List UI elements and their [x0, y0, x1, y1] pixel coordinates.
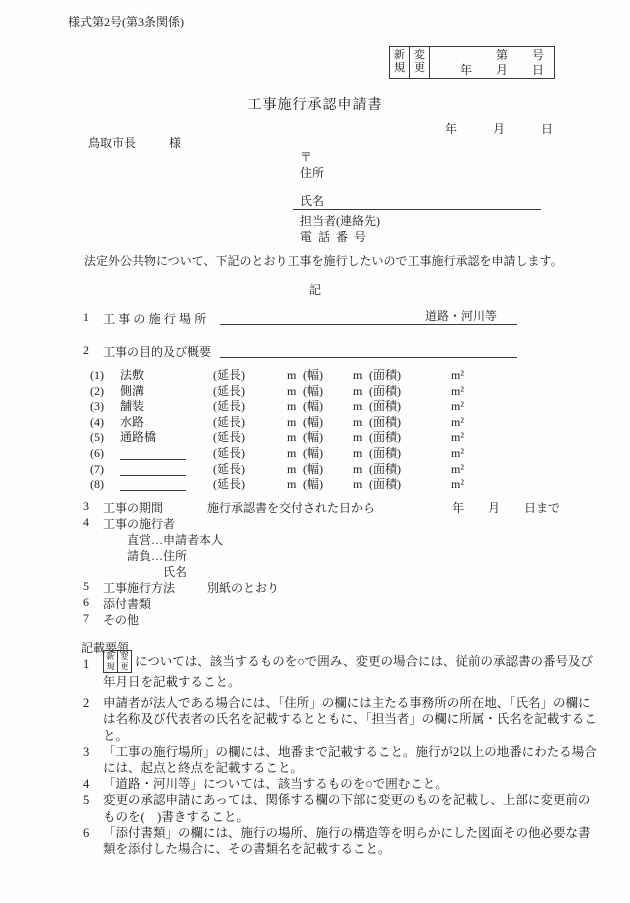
work-row: (6) (延長) m (幅) m (面積) m² [0, 446, 630, 462]
area-unit: m² [451, 446, 464, 462]
work-name: 水路 [120, 415, 144, 431]
status-change-label: 変更 [414, 49, 425, 74]
work-name-field[interactable] [120, 478, 186, 491]
length-label: (延長) [213, 415, 245, 431]
width-label: (幅) [303, 368, 323, 384]
work-row-number: (4) [90, 415, 104, 431]
area-unit: m² [451, 399, 464, 415]
section4-contract-name-label: 氏名 [163, 563, 187, 580]
length-label: (延長) [213, 384, 245, 400]
width-unit: m [353, 384, 362, 400]
note-text: については、該当するものを○で囲み、変更の場合には、従前の承認書の番号及び年月日… [103, 654, 593, 689]
length-unit: m [287, 446, 296, 462]
note-item: 4 「道路・河川等」については、該当するものを○で囲むこと。 [83, 776, 600, 792]
status-date-line: 年 月 日 [430, 63, 544, 77]
addressee-name: 鳥取市長 [88, 136, 136, 150]
section7-number: 7 [83, 611, 89, 626]
width-label: (幅) [303, 462, 323, 478]
area-unit: m² [451, 430, 464, 446]
width-unit: m [353, 477, 362, 493]
section6-number: 6 [83, 595, 89, 610]
section4-direct-line: 直営…申請者本人 [127, 531, 223, 548]
status-option-new[interactable]: 新規 [390, 47, 410, 78]
work-name-field[interactable] [120, 447, 186, 460]
length-unit: m [287, 477, 296, 493]
length-label: (延長) [213, 399, 245, 415]
work-row: (8) (延長) m (幅) m (面積) m² [0, 477, 630, 493]
address-label: 住所 [300, 164, 324, 181]
length-unit: m [287, 399, 296, 415]
section3-value: 施行承認書を交付された日から [207, 499, 375, 516]
section3-label: 工事の期間 [103, 499, 163, 516]
note-text: 「道路・河川等」については、該当するものを○で囲むこと。 [103, 776, 600, 792]
section4-number: 4 [83, 515, 89, 530]
section5-value: 別紙のとおり [207, 579, 279, 596]
work-name-field[interactable] [120, 463, 186, 476]
work-row: (3) 舗装 (延長) m (幅) m (面積) m² [0, 399, 630, 415]
length-unit: m [287, 462, 296, 478]
area-unit: m² [451, 368, 464, 384]
length-label: (延長) [213, 477, 245, 493]
area-label: (面積) [369, 430, 401, 446]
note-item: 5 変更の承認申請にあっては、関係する欄の下部に変更のものを記載し、上部に変更前… [83, 792, 600, 824]
length-label: (延長) [213, 462, 245, 478]
note-item: 2 申請者が法人である場合には、「住所」の欄には主たる事務所の所在地、「氏名」の… [83, 695, 600, 744]
status-option-change[interactable]: 変更 [410, 47, 430, 78]
length-unit: m [287, 430, 296, 446]
area-label: (面積) [369, 477, 401, 493]
width-label: (幅) [303, 384, 323, 400]
work-name: 舗装 [120, 399, 144, 415]
application-date-line: 年 月 日 [445, 120, 553, 137]
note-number: 1 [83, 651, 103, 678]
section5-label: 工事施行方法 [103, 579, 175, 596]
area-label: (面積) [369, 462, 401, 478]
section3-date: 年 月 日まで [452, 499, 560, 516]
note-text: 申請者が法人である場合には、「住所」の欄には主たる事務所の所在地、「氏名」の欄に… [103, 695, 600, 744]
note-text: 「添付書類」の欄には、施行の場所、施行の構造等を明らかにした図面その他必要な書類… [103, 825, 600, 857]
application-form-page: 様式第2号(第3条関係) 新規 変更 第 号 年 月 日 工事施行承認申請書 年… [0, 0, 630, 903]
item2-number: 2 [83, 343, 89, 358]
status-number-line: 第 号 [430, 48, 544, 62]
work-row: (1) 法敷 (延長) m (幅) m (面積) m² [0, 368, 630, 384]
width-label: (幅) [303, 430, 323, 446]
mini-change-label: 変更 [118, 651, 131, 672]
area-label: (面積) [369, 384, 401, 400]
phone-label: 電話番号 [300, 228, 372, 245]
item1-number: 1 [83, 310, 89, 325]
width-unit: m [353, 446, 362, 462]
note-number: 6 [83, 825, 103, 841]
width-label: (幅) [303, 399, 323, 415]
purpose-field[interactable] [220, 342, 517, 358]
mini-new-label: 新規 [104, 651, 118, 672]
status-number-date-cell: 第 号 年 月 日 [430, 47, 554, 78]
width-unit: m [353, 399, 362, 415]
note-number: 2 [83, 695, 103, 711]
applicant-name-field[interactable] [293, 194, 541, 210]
section3-number: 3 [83, 499, 89, 514]
work-row-number: (7) [90, 462, 104, 478]
width-label: (幅) [303, 446, 323, 462]
length-unit: m [287, 415, 296, 431]
new-change-box-icon: 新規変更 [103, 650, 132, 673]
note-number: 3 [83, 744, 103, 760]
area-label: (面積) [369, 415, 401, 431]
width-label: (幅) [303, 477, 323, 493]
item1-label: 工事の施行場所 [103, 310, 209, 327]
record-heading: 記 [0, 281, 630, 298]
note-number: 5 [83, 792, 103, 808]
status-box: 新規 変更 第 号 年 月 日 [389, 46, 555, 79]
work-row-number: (6) [90, 446, 104, 462]
work-row-number: (8) [90, 477, 104, 493]
contact-label: 担当者(連絡先) [300, 212, 380, 229]
area-unit: m² [451, 477, 464, 493]
note-item: 3 「工事の施行場所」の欄には、地番まで記載すること。施行が2以上の地番にわたる… [83, 744, 600, 776]
section7-label: その他 [103, 611, 139, 628]
area-label: (面積) [369, 399, 401, 415]
form-id: 様式第2号(第3条関係) [68, 13, 184, 30]
application-statement: 法定外公共物について、下記のとおり工事を施行したいので工事施行承認を申請します。 [72, 252, 617, 269]
area-unit: m² [451, 415, 464, 431]
length-unit: m [287, 384, 296, 400]
work-row: (4) 水路 (延長) m (幅) m (面積) m² [0, 415, 630, 431]
road-river-label[interactable]: 道路・河川等 [425, 309, 497, 323]
area-label: (面積) [369, 446, 401, 462]
note-text: 変更の承認申請にあっては、関係する欄の下部に変更のものを記載し、上部に変更前のも… [103, 792, 600, 824]
work-name: 法敷 [120, 368, 144, 384]
work-row: (7) (延長) m (幅) m (面積) m² [0, 462, 630, 478]
section6-label: 添付書類 [103, 595, 151, 612]
note-text: 「工事の施行場所」の欄には、地番まで記載すること。施行が2以上の地番にわたる場合… [103, 744, 600, 776]
status-new-label: 新規 [394, 49, 405, 74]
work-row: (2) 側溝 (延長) m (幅) m (面積) m² [0, 384, 630, 400]
work-row-number: (1) [90, 368, 104, 384]
area-unit: m² [451, 462, 464, 478]
width-unit: m [353, 415, 362, 431]
section4-label: 工事の施行者 [103, 515, 175, 532]
item2-label: 工事の目的及び概要 [103, 343, 211, 360]
work-site-field[interactable]: 道路・河川等 [220, 309, 517, 325]
length-label: (延長) [213, 368, 245, 384]
postal-mark-icon: 〒 [300, 148, 312, 165]
width-unit: m [353, 462, 362, 478]
notes-list: 1 新規変更については、該当するものを○で囲み、変更の場合には、従前の承認書の番… [83, 651, 600, 857]
area-unit: m² [451, 384, 464, 400]
work-name: 側溝 [120, 384, 144, 400]
length-unit: m [287, 368, 296, 384]
work-name: 通路橋 [120, 430, 156, 446]
addressee: 鳥取市長様 [88, 134, 181, 151]
width-unit: m [353, 430, 362, 446]
width-label: (幅) [303, 415, 323, 431]
page-title: 工事施行承認申請書 [0, 94, 630, 114]
length-label: (延長) [213, 446, 245, 462]
width-unit: m [353, 368, 362, 384]
section5-number: 5 [83, 579, 89, 594]
work-row: (5) 通路橋 (延長) m (幅) m (面積) m² [0, 430, 630, 446]
area-label: (面積) [369, 368, 401, 384]
work-row-number: (3) [90, 399, 104, 415]
addressee-honorific: 様 [169, 136, 181, 150]
works-table: (1) 法敷 (延長) m (幅) m (面積) m² (2) 側溝 (延長) … [0, 368, 630, 493]
note-item: 6 「添付書類」の欄には、施行の場所、施行の構造等を明らかにした図面その他必要な… [83, 825, 600, 857]
note-number: 4 [83, 776, 103, 792]
work-row-number: (2) [90, 384, 104, 400]
section4-contract-line: 請負…住所 [127, 547, 187, 564]
length-label: (延長) [213, 430, 245, 446]
work-row-number: (5) [90, 430, 104, 446]
note-item: 1 新規変更については、該当するものを○で囲み、変更の場合には、従前の承認書の番… [83, 651, 600, 690]
